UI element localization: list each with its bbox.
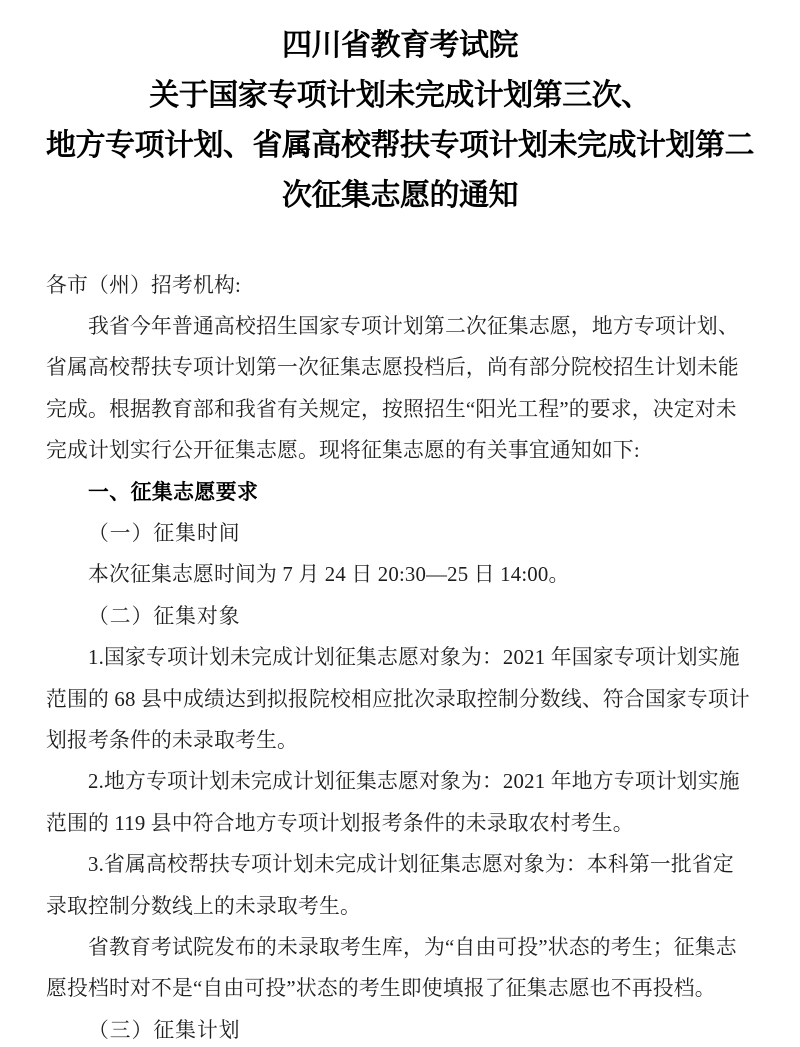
body-text-line: 范围的 119 县中符合地方专项计划报考条件的未录取农村考生。	[46, 800, 756, 841]
body-text-line: 2.地方专项计划未完成计划征集志愿对象为：2021 年地方专项计划实施	[46, 759, 756, 800]
document-title: 四川省教育考试院关于国家专项计划未完成计划第三次、地方专项计划、省属高校帮扶专项…	[0, 21, 800, 221]
title-line: 次征集志愿的通知	[0, 171, 800, 221]
body-text-line: 我省今年普通高校招生国家专项计划第二次征集志愿，地方专项计划、	[46, 303, 756, 344]
sub-heading: （二）征集对象	[46, 593, 756, 634]
title-line: 地方专项计划、省属高校帮扶专项计划未完成计划第二	[0, 121, 800, 171]
document-body: 各市（州）招考机构:我省今年普通高校招生国家专项计划第二次征集志愿，地方专项计划…	[46, 262, 756, 1047]
body-text-line: 1.国家专项计划未完成计划征集志愿对象为：2021 年国家专项计划实施	[46, 635, 756, 676]
sub-heading: （三）征集计划	[46, 1007, 756, 1047]
body-text-line: 3.省属高校帮扶专项计划未完成计划征集志愿对象为：本科第一批省定	[46, 841, 756, 882]
title-line: 关于国家专项计划未完成计划第三次、	[0, 71, 800, 121]
body-text-line: 范围的 68 县中成绩达到拟报院校相应批次录取控制分数线、符合国家专项计	[46, 676, 756, 717]
body-text-line: 各市（州）招考机构:	[46, 262, 756, 303]
body-text-line: 省属高校帮扶专项计划第一次征集志愿投档后，尚有部分院校招生计划未能	[46, 345, 756, 386]
section-heading: 一、征集志愿要求	[46, 469, 756, 510]
body-text-line: 完成计划实行公开征集志愿。现将征集志愿的有关事宜通知如下:	[46, 428, 756, 469]
body-text-line: 愿投档时对不是“自由可投”状态的考生即使填报了征集志愿也不再投档。	[46, 966, 756, 1007]
body-text-line: 录取控制分数线上的未录取考生。	[46, 883, 756, 924]
document-page: 四川省教育考试院关于国家专项计划未完成计划第三次、地方专项计划、省属高校帮扶专项…	[0, 0, 800, 1047]
sub-heading: （一）征集时间	[46, 510, 756, 551]
body-text-line: 省教育考试院发布的未录取考生库，为“自由可投”状态的考生；征集志	[46, 924, 756, 965]
title-line: 四川省教育考试院	[0, 21, 800, 71]
body-text-line: 完成。根据教育部和我省有关规定，按照招生“阳光工程”的要求，决定对未	[46, 386, 756, 427]
body-text-line: 划报考条件的未录取考生。	[46, 717, 756, 758]
body-text-line: 本次征集志愿时间为 7 月 24 日 20:30—25 日 14:00。	[46, 552, 756, 593]
